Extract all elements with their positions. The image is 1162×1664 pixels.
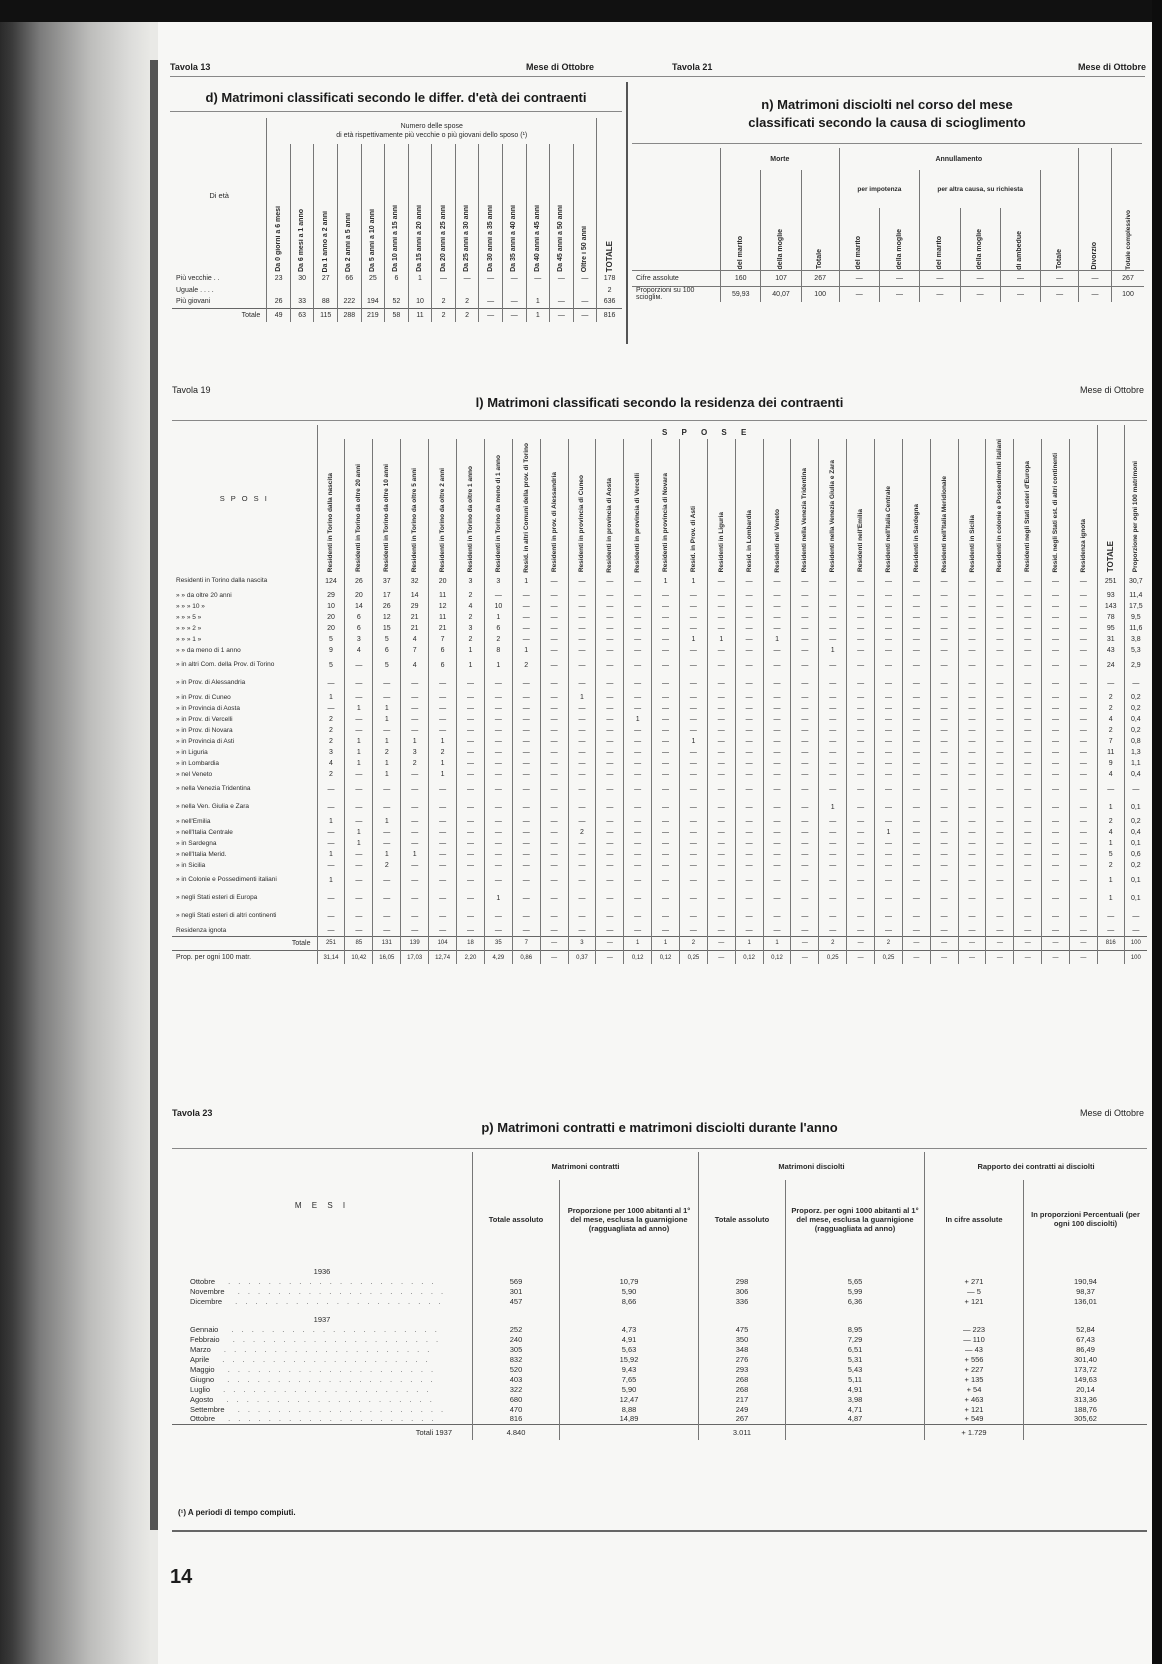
cell: — <box>373 871 401 889</box>
cell: — <box>540 736 568 747</box>
cell: — <box>401 780 429 798</box>
cell: — <box>791 758 819 769</box>
cell: — <box>847 780 875 798</box>
cell: — <box>679 860 707 871</box>
cell: — <box>596 780 624 798</box>
cell: + 121 <box>925 1296 1024 1306</box>
cell: — <box>902 747 930 758</box>
cell: — <box>484 725 512 736</box>
table-row: Agosto . . . . . . . . . . . . . . . . .… <box>172 1394 1147 1404</box>
cell: — <box>540 838 568 849</box>
cell: 470 <box>473 1404 560 1414</box>
table-row: » nella Ven. Giulia e Zara——————————————… <box>172 798 1147 816</box>
month-label: Maggio . . . . . . . . . . . . . . . . .… <box>172 1364 473 1374</box>
cell <box>925 1306 1024 1324</box>
table-d-col-header: Da 5 anni a 10 anni <box>361 144 385 272</box>
cell: 4,71 <box>786 1404 925 1414</box>
cell: 1 <box>568 692 596 703</box>
cell: — <box>568 747 596 758</box>
cell: — <box>735 816 763 827</box>
cell: — <box>986 907 1014 925</box>
cell: — <box>457 725 485 736</box>
cell: — <box>1042 645 1070 656</box>
cell: — <box>345 849 373 860</box>
cell: 4 <box>1097 827 1124 838</box>
cell: — <box>791 936 819 950</box>
table-row: » in Sardegna—1—————————————————————————… <box>172 838 1147 849</box>
cell: — <box>679 601 707 612</box>
cell: — <box>1014 656 1042 674</box>
cell: — <box>540 936 568 950</box>
cell: — <box>1097 925 1124 936</box>
table-row: Luglio . . . . . . . . . . . . . . . . .… <box>172 1384 1147 1394</box>
table-l-col-header: Residenti in colonie e Possedimenti ital… <box>986 439 1014 572</box>
cell: — 110 <box>925 1334 1024 1344</box>
cell: — <box>791 634 819 645</box>
cell: 12,47 <box>560 1394 699 1404</box>
cell: — <box>847 725 875 736</box>
cell: — <box>1069 634 1097 645</box>
cell: 143 <box>1097 601 1124 612</box>
cell: — <box>763 703 791 714</box>
cell: — <box>624 725 652 736</box>
cell: — <box>875 674 903 692</box>
cell: — <box>540 798 568 816</box>
cell: 104 <box>429 936 457 950</box>
cell: — <box>1069 645 1097 656</box>
cell: — <box>902 674 930 692</box>
cell: — <box>1014 769 1042 780</box>
cell: — <box>401 725 429 736</box>
cell: 115 <box>314 308 338 322</box>
cell: — <box>1069 798 1097 816</box>
cell: — <box>707 692 735 703</box>
table-l-col-header: Residenti in prov. di Alessandria <box>540 439 568 572</box>
cell: — <box>596 871 624 889</box>
cell <box>699 1306 786 1324</box>
cell: — <box>958 889 986 907</box>
table-row: » in Sicilia——2—————————————————————————… <box>172 860 1147 871</box>
cell: 298 <box>699 1276 786 1286</box>
cell: — <box>1069 780 1097 798</box>
cell: — <box>847 860 875 871</box>
cell: 301,40 <box>1024 1354 1148 1364</box>
cell: 0,2 <box>1124 860 1147 871</box>
cell: — <box>735 780 763 798</box>
cell: — <box>624 590 652 601</box>
cell: — <box>401 827 429 838</box>
cell: 10 <box>408 296 432 308</box>
cell: — <box>1041 270 1079 286</box>
cell: — <box>596 645 624 656</box>
cell: — <box>930 860 958 871</box>
cell: — <box>847 907 875 925</box>
cell: — <box>763 747 791 758</box>
cell: — <box>875 645 903 656</box>
cell: — <box>624 645 652 656</box>
table-l-col-header: Residenza ignota <box>1069 439 1097 572</box>
cell: 0,2 <box>1124 703 1147 714</box>
cell: — <box>1124 925 1147 936</box>
cell: 52,84 <box>1024 1324 1148 1334</box>
table-l-col-proportion: Proporzione per ogni 100 matrimoni <box>1124 425 1147 572</box>
cell: — <box>791 871 819 889</box>
cell: 2 <box>484 634 512 645</box>
cell: — <box>373 725 401 736</box>
cell: — <box>652 692 680 703</box>
table-row: Residenza ignota————————————————————————… <box>172 925 1147 936</box>
cell: — <box>707 703 735 714</box>
cell: — <box>568 714 596 725</box>
month-label: Ottobre . . . . . . . . . . . . . . . . … <box>172 1276 473 1286</box>
table-row: » in Liguria31232———————————————————————… <box>172 747 1147 758</box>
cell: — <box>1069 736 1097 747</box>
cell: — <box>847 871 875 889</box>
cell: — <box>1069 714 1097 725</box>
cell: — <box>958 692 986 703</box>
table-p-col-disciolti-totale: Totale assoluto <box>699 1180 786 1258</box>
table-n-col-imp-moglie: della moglie <box>879 208 919 270</box>
cell: — <box>1014 634 1042 645</box>
cell: — <box>484 692 512 703</box>
cell: — <box>512 816 540 827</box>
table-row: » » » 1 »5354722——————11—1———————————313… <box>172 634 1147 645</box>
cell: 9,43 <box>560 1364 699 1374</box>
cell: — <box>707 590 735 601</box>
cell: 267 <box>699 1414 786 1424</box>
table-row: » nell'Emilia1—1————————————————————————… <box>172 816 1147 827</box>
cell: 1 <box>679 634 707 645</box>
cell: — <box>707 725 735 736</box>
cell: — <box>930 780 958 798</box>
cell: — <box>930 674 958 692</box>
cell: — <box>1014 871 1042 889</box>
cell: — <box>930 725 958 736</box>
cell: — <box>763 623 791 634</box>
cell <box>314 284 338 296</box>
cell: — <box>986 634 1014 645</box>
cell: — <box>875 747 903 758</box>
cell: — <box>624 889 652 907</box>
cell: + 463 <box>925 1394 1024 1404</box>
page-edge <box>150 60 158 1530</box>
cell: — <box>958 925 986 936</box>
cell: — <box>986 590 1014 601</box>
cell: 1 <box>345 703 373 714</box>
cell: 2 <box>1097 816 1124 827</box>
cell: — <box>791 703 819 714</box>
table-n-col-imp-marito: del marito <box>839 208 879 270</box>
cell: 1 <box>345 838 373 849</box>
cell: — <box>432 272 456 284</box>
cell: — <box>596 747 624 758</box>
cell: — <box>847 590 875 601</box>
cell: — <box>679 674 707 692</box>
cell: — <box>568 889 596 907</box>
cell: — <box>875 780 903 798</box>
cell: 27 <box>314 272 338 284</box>
cell: — <box>596 925 624 936</box>
cell: — <box>986 780 1014 798</box>
cell: 2 <box>568 827 596 838</box>
cell: — <box>596 656 624 674</box>
cell: 2,9 <box>1124 656 1147 674</box>
cell: 1 <box>373 736 401 747</box>
cell: — <box>930 656 958 674</box>
cell: 816 <box>1097 936 1124 950</box>
cell: — <box>596 714 624 725</box>
table-row: » in Prov. di Novara2———————————————————… <box>172 725 1147 736</box>
cell: — <box>819 747 847 758</box>
cell: — <box>568 645 596 656</box>
cell <box>560 1306 699 1324</box>
cell: — <box>1042 925 1070 936</box>
cell: — <box>596 572 624 590</box>
cell: — <box>902 871 930 889</box>
cell: — <box>930 612 958 623</box>
cell: 24 <box>1097 656 1124 674</box>
cell: — <box>986 758 1014 769</box>
row-label: » in Sicilia <box>172 860 317 871</box>
table-row: Febbraio . . . . . . . . . . . . . . . .… <box>172 1334 1147 1344</box>
cell: — <box>902 780 930 798</box>
cell: 4 <box>457 601 485 612</box>
cell: 5,43 <box>786 1364 925 1374</box>
cell: — <box>679 889 707 907</box>
cell: — <box>986 769 1014 780</box>
cell <box>455 284 479 296</box>
cell: — <box>479 272 503 284</box>
cell: 1 <box>317 871 345 889</box>
cell: 1 <box>373 816 401 827</box>
cell: 5,65 <box>786 1276 925 1286</box>
cell: — <box>550 296 574 308</box>
cell: — <box>707 736 735 747</box>
cell: — <box>345 725 373 736</box>
cell: — <box>1041 286 1079 302</box>
cell: — <box>707 714 735 725</box>
cell: — <box>875 769 903 780</box>
table-row: Ottobre . . . . . . . . . . . . . . . . … <box>172 1276 1147 1286</box>
cell: 1 <box>1097 889 1124 907</box>
cell: — <box>512 612 540 623</box>
cell: — <box>540 601 568 612</box>
cell: — <box>791 849 819 860</box>
cell: — <box>457 827 485 838</box>
cell: — <box>791 816 819 827</box>
cell: — <box>930 816 958 827</box>
cell: — <box>568 572 596 590</box>
cell: 2 <box>597 284 622 296</box>
cell: 219 <box>361 308 385 322</box>
cell: — <box>596 936 624 950</box>
cell: — <box>986 572 1014 590</box>
cell: — <box>624 816 652 827</box>
cell: — <box>512 758 540 769</box>
cell: 1 <box>345 736 373 747</box>
cell: 1 <box>484 889 512 907</box>
cell: — <box>1014 736 1042 747</box>
cell: — <box>930 849 958 860</box>
table-l-col-header: Residenti in Torino da oltre 1 anno <box>457 439 485 572</box>
cell: — <box>791 769 819 780</box>
cell: 5,3 <box>1124 645 1147 656</box>
table-n-col-morte-marito: del marito <box>721 170 761 270</box>
cell: — <box>735 849 763 860</box>
cell: — <box>819 871 847 889</box>
cell: 293 <box>699 1364 786 1374</box>
cell: — <box>540 907 568 925</box>
cell: — <box>1014 572 1042 590</box>
table-row: » nell'Italia Merid.1—11————————————————… <box>172 849 1147 860</box>
cell: 0,2 <box>1124 725 1147 736</box>
cell: — <box>568 736 596 747</box>
table-d-col-header: Da 40 anni a 45 anni <box>526 144 550 272</box>
cell: — <box>847 925 875 936</box>
cell: — <box>429 816 457 827</box>
cell: — <box>735 758 763 769</box>
cell: — <box>791 907 819 925</box>
cell: — <box>986 889 1014 907</box>
cell: — <box>652 612 680 623</box>
cell: — <box>791 747 819 758</box>
cell: — <box>550 308 574 322</box>
cell: — <box>986 860 1014 871</box>
cell: — <box>763 849 791 860</box>
table-row: Proporzioni su 100 sciogliм.59,9340,0710… <box>632 286 1144 302</box>
cell: 100 <box>801 286 839 302</box>
cell: — <box>373 907 401 925</box>
cell: + 556 <box>925 1354 1024 1364</box>
cell: — <box>1069 849 1097 860</box>
cell: — <box>596 849 624 860</box>
cell: — <box>1069 871 1097 889</box>
cell: 305 <box>473 1344 560 1354</box>
cell: 2 <box>432 296 456 308</box>
cell: — <box>1014 725 1042 736</box>
month-label: Luglio . . . . . . . . . . . . . . . . .… <box>172 1384 473 1394</box>
row-label: » nella Venezia Tridentina <box>172 780 317 798</box>
cell: — <box>457 780 485 798</box>
cell: 139 <box>401 936 429 950</box>
cell: — <box>763 692 791 703</box>
cell: — <box>401 838 429 849</box>
month-label: Marzo . . . . . . . . . . . . . . . . . … <box>172 1344 473 1354</box>
cell: 18 <box>457 936 485 950</box>
cell: — <box>1014 590 1042 601</box>
cell: 4,87 <box>786 1414 925 1424</box>
cell: — <box>526 272 550 284</box>
cell: — <box>1069 612 1097 623</box>
cell: — <box>679 612 707 623</box>
row-label: » » » 5 » <box>172 612 317 623</box>
cell: — <box>902 656 930 674</box>
cell: — <box>540 780 568 798</box>
cell: 30,7 <box>1124 572 1147 590</box>
table-l-col-header: Residenti in provincia di Novara <box>652 439 680 572</box>
cell: 30 <box>290 272 314 284</box>
cell: — <box>652 889 680 907</box>
cell: — <box>1069 725 1097 736</box>
cell: — <box>401 798 429 816</box>
cell: — <box>875 849 903 860</box>
cell: — <box>624 871 652 889</box>
cell: — <box>1069 674 1097 692</box>
cell: — <box>986 645 1014 656</box>
cell: — <box>735 703 763 714</box>
cell: — <box>679 816 707 827</box>
table-p-col-rapporto-cifre: In cifre assolute <box>925 1180 1024 1258</box>
header-month-13: Mese di Ottobre <box>526 62 594 72</box>
table-row: Ottobre . . . . . . . . . . . . . . . . … <box>172 1414 1147 1424</box>
cell: — <box>679 725 707 736</box>
row-label: Residenza ignota <box>172 925 317 936</box>
cell: — <box>958 601 986 612</box>
cell: 21 <box>401 612 429 623</box>
cell: — <box>958 747 986 758</box>
cell: — <box>317 703 345 714</box>
cell: — <box>875 601 903 612</box>
cell: — <box>819 692 847 703</box>
cell: — <box>1042 736 1070 747</box>
table-l-col-total: TOTALE <box>1097 425 1124 572</box>
cell: — <box>930 871 958 889</box>
cell: — <box>902 623 930 634</box>
row-label: » negli Stati esteri di Europa <box>172 889 317 907</box>
cell: — <box>735 634 763 645</box>
cell: — <box>624 838 652 849</box>
cell: 2 <box>875 936 903 950</box>
row-label: » nell'Emilia <box>172 816 317 827</box>
cell: 59,93 <box>721 286 761 302</box>
cell: — <box>763 769 791 780</box>
cell: 301 <box>473 1286 560 1296</box>
row-label: Totale <box>172 936 317 950</box>
cell: 8,88 <box>560 1404 699 1414</box>
scan-margin-left <box>0 0 150 1664</box>
cell: 2 <box>457 612 485 623</box>
cell <box>408 284 432 296</box>
row-label: » negli Stati esteri di altri continenti <box>172 907 317 925</box>
cell: — <box>401 816 429 827</box>
cell: — <box>763 889 791 907</box>
cell: — <box>401 692 429 703</box>
cell: 15,92 <box>560 1354 699 1364</box>
cell: — <box>429 849 457 860</box>
table-l-title: l) Matrimoni classificati secondo la res… <box>172 395 1147 410</box>
scan-margin-top <box>0 0 1162 22</box>
cell: 95 <box>1097 623 1124 634</box>
cell: — <box>624 572 652 590</box>
cell: 1 <box>317 692 345 703</box>
cell: — <box>958 849 986 860</box>
cell: — <box>652 645 680 656</box>
year-label: 1937 <box>172 1306 473 1324</box>
cell: — <box>1014 645 1042 656</box>
cell: — <box>819 907 847 925</box>
cell <box>432 284 456 296</box>
cell: — <box>958 612 986 623</box>
cell: — <box>763 645 791 656</box>
cell: — <box>920 270 960 286</box>
cell <box>1097 950 1124 964</box>
cell: — <box>540 860 568 871</box>
cell: — <box>484 816 512 827</box>
cell: — <box>986 798 1014 816</box>
month-label: Giugno . . . . . . . . . . . . . . . . .… <box>172 1374 473 1384</box>
row-label: » in altri Com. della Prov. di Torino <box>172 656 317 674</box>
table-p-title: p) Matrimoni contratti e matrimoni disci… <box>172 1120 1147 1135</box>
